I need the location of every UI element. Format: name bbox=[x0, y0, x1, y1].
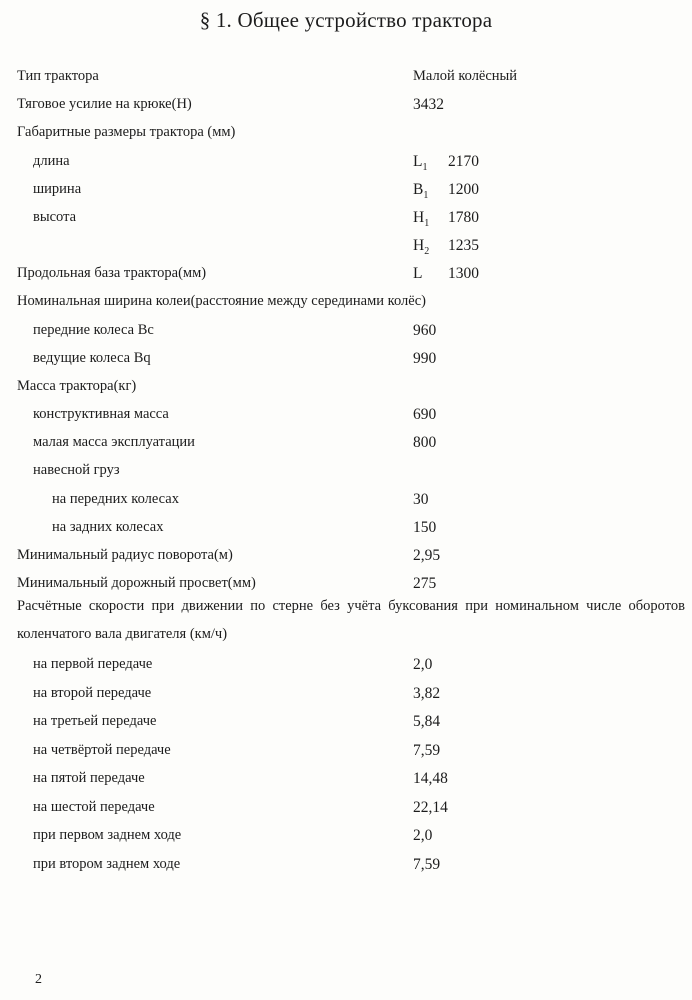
spec-label: Габаритные размеры трактора (мм) bbox=[17, 124, 235, 141]
spec-row: Тип трактораМалой колёсный bbox=[0, 68, 692, 96]
spec-label: Номинальная ширина колеи(расстояние межд… bbox=[17, 293, 426, 310]
speed-value: 3,82 bbox=[413, 685, 440, 703]
spec-value: 1780 bbox=[448, 209, 479, 227]
spec-label: Тип трактора bbox=[17, 68, 99, 85]
spec-label: ведущие колеса Bq bbox=[33, 350, 151, 367]
spec-label: Минимальный дорожный просвет(мм) bbox=[17, 575, 256, 592]
spec-row: малая масса эксплуатации800 bbox=[0, 434, 692, 462]
spec-symbol: H2 bbox=[413, 237, 429, 257]
spec-value: 2170 bbox=[448, 153, 479, 171]
spec-value: 2,95 bbox=[413, 547, 440, 565]
speed-row: на второй передаче3,82 bbox=[0, 685, 692, 713]
spec-label: на задних колесах bbox=[52, 519, 163, 536]
spec-row: длинаL12170 bbox=[0, 153, 692, 181]
spec-row: на задних колесах150 bbox=[0, 519, 692, 547]
spec-value: 30 bbox=[413, 491, 429, 509]
spec-row: передние колеса Bc960 bbox=[0, 322, 692, 350]
spec-value: 960 bbox=[413, 322, 436, 340]
spec-row: ширинаB11200 bbox=[0, 181, 692, 209]
speed-row: при втором заднем ходе7,59 bbox=[0, 856, 692, 884]
spec-row: Габаритные размеры трактора (мм) bbox=[0, 124, 692, 152]
spec-row: на передних колесах30 bbox=[0, 491, 692, 519]
spec-symbol: H1 bbox=[413, 209, 429, 229]
speed-label: при первом заднем ходе bbox=[33, 827, 181, 844]
spec-row: конструктивная масса690 bbox=[0, 406, 692, 434]
spec-label: ширина bbox=[33, 181, 81, 198]
spec-label: Масса трактора(кг) bbox=[17, 378, 136, 395]
speed-label: на третьей передаче bbox=[33, 713, 156, 730]
speed-value: 2,0 bbox=[413, 827, 432, 845]
spec-symbol: B1 bbox=[413, 181, 428, 201]
speed-label: на второй передаче bbox=[33, 685, 151, 702]
spec-value: 800 bbox=[413, 434, 436, 452]
speeds-heading: Расчётные скорости при движении по стерн… bbox=[17, 592, 685, 648]
spec-row: H21235 bbox=[0, 237, 692, 265]
speed-value: 7,59 bbox=[413, 856, 440, 874]
speed-row: на первой передаче2,0 bbox=[0, 656, 692, 684]
speed-row: на четвёртой передаче7,59 bbox=[0, 742, 692, 770]
speed-row: на третьей передаче5,84 bbox=[0, 713, 692, 741]
spec-value: 3432 bbox=[413, 96, 444, 114]
spec-symbol: L1 bbox=[413, 153, 427, 173]
spec-label: Минимальный радиус поворота(м) bbox=[17, 547, 233, 564]
spec-value: 990 bbox=[413, 350, 436, 368]
speed-label: на шестой передаче bbox=[33, 799, 155, 816]
spec-label: малая масса эксплуатации bbox=[33, 434, 195, 451]
page-number: 2 bbox=[35, 972, 42, 988]
speed-label: при втором заднем ходе bbox=[33, 856, 180, 873]
speed-value: 5,84 bbox=[413, 713, 440, 731]
speed-label: на первой передаче bbox=[33, 656, 152, 673]
spec-value: 1200 bbox=[448, 181, 479, 199]
spec-row: высотаH11780 bbox=[0, 209, 692, 237]
section-title: § 1. Общее устройство трактора bbox=[0, 8, 692, 33]
speed-value: 14,48 bbox=[413, 770, 448, 788]
spec-label: высота bbox=[33, 209, 76, 226]
spec-row: Продольная база трактора(мм)L1300 bbox=[0, 265, 692, 293]
spec-row: Тяговое усилие на крюке(Н)3432 bbox=[0, 96, 692, 124]
spec-value: 275 bbox=[413, 575, 436, 593]
spec-value: 150 bbox=[413, 519, 436, 537]
speed-label: на четвёртой передаче bbox=[33, 742, 171, 759]
spec-label: длина bbox=[33, 153, 70, 170]
spec-row: Номинальная ширина колеи(расстояние межд… bbox=[0, 293, 692, 321]
spec-label: навесной груз bbox=[33, 462, 120, 479]
spec-label: передние колеса Bc bbox=[33, 322, 154, 339]
speed-value: 22,14 bbox=[413, 799, 448, 817]
spec-label: Продольная база трактора(мм) bbox=[17, 265, 206, 282]
spec-value: Малой колёсный bbox=[413, 68, 517, 85]
spec-row: ведущие колеса Bq990 bbox=[0, 350, 692, 378]
spec-symbol: L bbox=[413, 265, 422, 283]
spec-value: 1235 bbox=[448, 237, 479, 255]
spec-label: на передних колесах bbox=[52, 491, 179, 508]
spec-row: Минимальный радиус поворота(м)2,95 bbox=[0, 547, 692, 575]
spec-label: конструктивная масса bbox=[33, 406, 169, 423]
spec-label: Тяговое усилие на крюке(Н) bbox=[17, 96, 192, 113]
spec-value: 690 bbox=[413, 406, 436, 424]
speed-row: на пятой передаче14,48 bbox=[0, 770, 692, 798]
spec-row: навесной груз bbox=[0, 462, 692, 490]
spec-value: 1300 bbox=[448, 265, 479, 283]
speed-value: 7,59 bbox=[413, 742, 440, 760]
speed-row: на шестой передаче22,14 bbox=[0, 799, 692, 827]
speed-label: на пятой передаче bbox=[33, 770, 145, 787]
speed-value: 2,0 bbox=[413, 656, 432, 674]
spec-row: Масса трактора(кг) bbox=[0, 378, 692, 406]
speed-row: при первом заднем ходе2,0 bbox=[0, 827, 692, 855]
